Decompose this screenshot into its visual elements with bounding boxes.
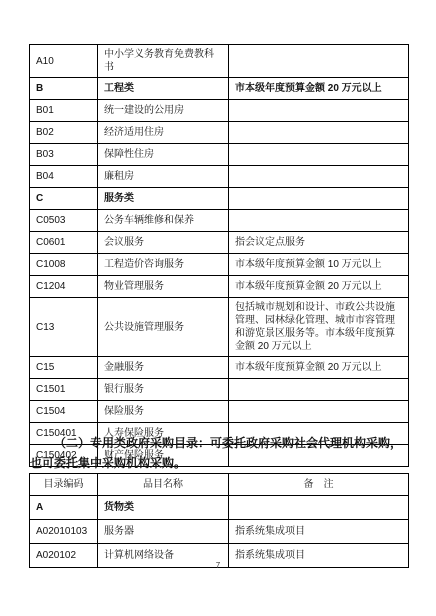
cell-catalog-code: A02010103	[30, 520, 98, 544]
cell-catalog-code: C1204	[30, 276, 98, 298]
cell-remark: 市本级年度预算金额 20 万元以上	[229, 78, 409, 100]
cell-remark	[229, 401, 409, 423]
cell-catalog-code: B01	[30, 100, 98, 122]
cell-remark: 包括城市规划和设计、市政公共设施管理、园林绿化管理、城市市容管理和游览景区服务等…	[229, 298, 409, 357]
table-row: A 货物类	[30, 496, 409, 520]
cell-item-name: 货物类	[98, 496, 229, 520]
header-row: 目录编码 品目名称 备 注	[30, 474, 409, 496]
special-table-body: A 货物类 A02010103 服务器 指系统集成项目 A020102 计算机网…	[30, 496, 409, 568]
cell-item-name: 统一建设的公用房	[98, 100, 229, 122]
cell-item-name: 中小学义务教育免费教科书	[98, 45, 229, 78]
cell-remark	[229, 210, 409, 232]
cell-catalog-code: A10	[30, 45, 98, 78]
header-remark: 备 注	[229, 474, 409, 496]
cell-catalog-code: C13	[30, 298, 98, 357]
cell-remark: 指系统集成项目	[229, 520, 409, 544]
cell-remark	[229, 45, 409, 78]
cell-remark	[229, 122, 409, 144]
cell-item-name: 银行服务	[98, 379, 229, 401]
table-row: C1501 银行服务	[30, 379, 409, 401]
cell-catalog-code: C1504	[30, 401, 98, 423]
general-procurement-catalog-table: A10 中小学义务教育免费教科书 B 工程类 市本级年度预算金额 20 万元以上…	[29, 44, 409, 467]
table-row: B 工程类 市本级年度预算金额 20 万元以上	[30, 78, 409, 100]
cell-remark	[229, 100, 409, 122]
cell-catalog-code: B	[30, 78, 98, 100]
cell-remark: 市本级年度预算金额 10 万元以上	[229, 254, 409, 276]
table-row: A10 中小学义务教育免费教科书	[30, 45, 409, 78]
cell-item-name: 物业管理服务	[98, 276, 229, 298]
cell-item-name: 公务车辆维修和保养	[98, 210, 229, 232]
cell-catalog-code: B04	[30, 166, 98, 188]
table-row: C1008 工程造价咨询服务 市本级年度预算金额 10 万元以上	[30, 254, 409, 276]
cell-remark	[229, 188, 409, 210]
cell-catalog-code: C1501	[30, 379, 98, 401]
cell-remark	[229, 144, 409, 166]
cell-item-name: 经济适用住房	[98, 122, 229, 144]
table-row: C0601 会议服务 指会议定点服务	[30, 232, 409, 254]
cell-item-name: 廉租房	[98, 166, 229, 188]
table-row: A02010103 服务器 指系统集成项目	[30, 520, 409, 544]
cell-remark: 市本级年度预算金额 20 万元以上	[229, 276, 409, 298]
table-row: C13 公共设施管理服务 包括城市规划和设计、市政公共设施管理、园林绿化管理、城…	[30, 298, 409, 357]
table-row: B02 经济适用住房	[30, 122, 409, 144]
cell-catalog-code: C15	[30, 357, 98, 379]
cell-catalog-code: C0503	[30, 210, 98, 232]
section-note-line-2: 也可委托集中采购机构采购。	[30, 453, 410, 473]
header-item-name: 品目名称	[98, 474, 229, 496]
table-row: C1204 物业管理服务 市本级年度预算金额 20 万元以上	[30, 276, 409, 298]
cell-item-name: 工程类	[98, 78, 229, 100]
section-note-paragraph: （二）专用类政府采购目录：可委托政府采购社会代理机构采购， 也可委托集中采购机构…	[30, 433, 410, 473]
cell-remark: 市本级年度预算金额 20 万元以上	[229, 357, 409, 379]
table-row: C1504 保险服务	[30, 401, 409, 423]
special-table-header: 目录编码 品目名称 备 注	[30, 474, 409, 496]
table-row: C0503 公务车辆维修和保养	[30, 210, 409, 232]
document-page: A10 中小学义务教育免费教科书 B 工程类 市本级年度预算金额 20 万元以上…	[0, 0, 436, 616]
table-row: B03 保障性住房	[30, 144, 409, 166]
cell-item-name: 会议服务	[98, 232, 229, 254]
cell-catalog-code: A	[30, 496, 98, 520]
cell-catalog-code: C	[30, 188, 98, 210]
page-number: 7	[0, 561, 436, 570]
header-catalog-code: 目录编码	[30, 474, 98, 496]
cell-item-name: 工程造价咨询服务	[98, 254, 229, 276]
cell-catalog-code: B03	[30, 144, 98, 166]
table-row: C 服务类	[30, 188, 409, 210]
cell-item-name: 服务类	[98, 188, 229, 210]
table-row: B04 廉租房	[30, 166, 409, 188]
table-row: B01 统一建设的公用房	[30, 100, 409, 122]
table-row: C15 金融服务 市本级年度预算金额 20 万元以上	[30, 357, 409, 379]
cell-item-name: 保障性住房	[98, 144, 229, 166]
cell-item-name: 金融服务	[98, 357, 229, 379]
cell-remark	[229, 166, 409, 188]
catalog-table-body: A10 中小学义务教育免费教科书 B 工程类 市本级年度预算金额 20 万元以上…	[30, 45, 409, 467]
cell-item-name: 保险服务	[98, 401, 229, 423]
cell-item-name: 服务器	[98, 520, 229, 544]
cell-catalog-code: B02	[30, 122, 98, 144]
cell-catalog-code: C1008	[30, 254, 98, 276]
cell-remark: 指会议定点服务	[229, 232, 409, 254]
cell-catalog-code: C0601	[30, 232, 98, 254]
cell-item-name: 公共设施管理服务	[98, 298, 229, 357]
cell-remark	[229, 496, 409, 520]
section-note-line-1: （二）专用类政府采购目录：可委托政府采购社会代理机构采购，	[30, 433, 410, 453]
special-procurement-catalog-table: 目录编码 品目名称 备 注 A 货物类 A02010103 服务器 指系统集成项…	[29, 473, 409, 568]
cell-remark	[229, 379, 409, 401]
